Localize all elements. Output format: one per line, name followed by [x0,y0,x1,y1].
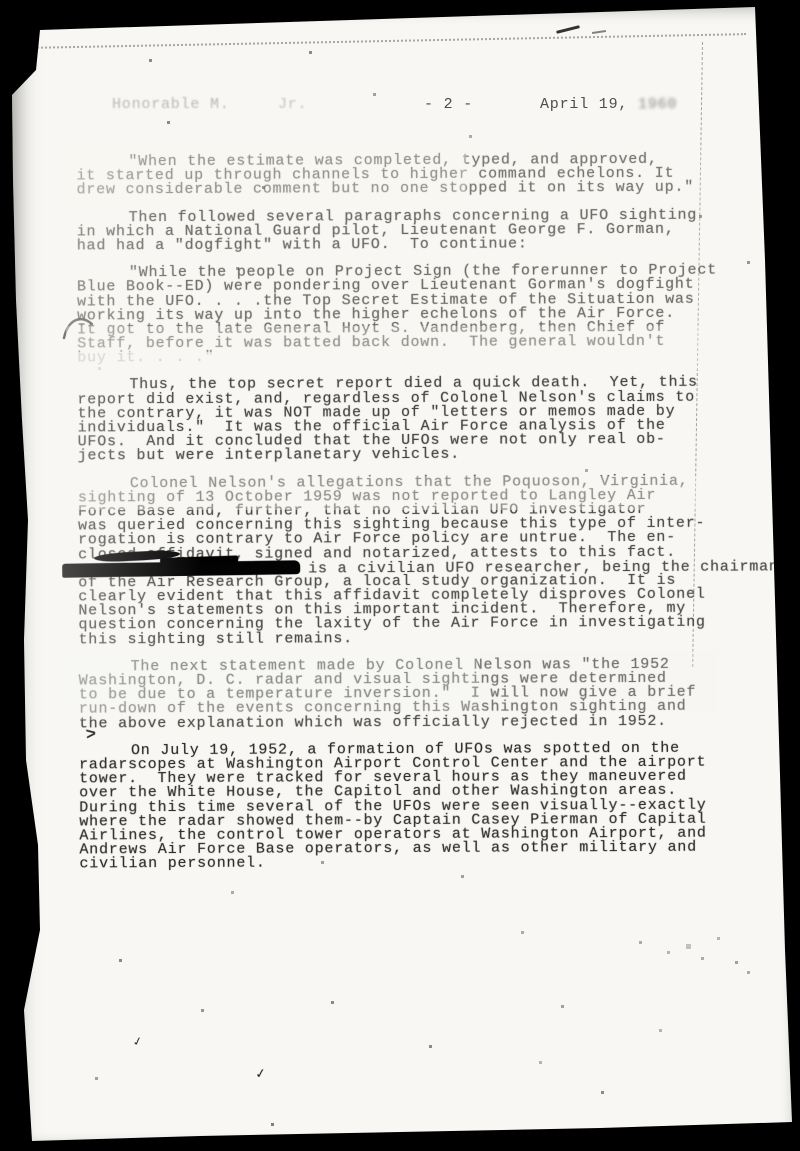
date-line: April 19, 1960 [540,96,677,113]
text-line: this sighting still remains. [78,630,730,647]
date-year-smudged: 1960 [638,96,677,113]
scan-dust-line [30,33,746,49]
paper-sheet: Honorable M. Jr. - 2 - April 19, 1960 "W… [0,0,800,1151]
text-line: drew considerable comment but no one sto… [77,181,729,198]
pen-hook-mark [62,312,96,342]
scanned-document-image: { "page": { "header": { "addressee_left"… [0,0,800,1151]
paragraph: Colonel Nelson's allegations that the Po… [78,474,731,647]
addressee-name: Honorable M. [112,96,230,113]
pen-check-mark-2: ✓ [255,1063,267,1083]
paragraph: Then followed several paragraphs concern… [77,208,729,253]
paragraph: "When the estimate was completed, typed,… [76,153,728,198]
text-body: "When the estimate was completed, typed,… [76,153,731,885]
text-line: buy it. . . ." [77,349,729,366]
speckle-noise [0,0,1,1]
pen-dash-mark [556,25,580,34]
pen-check-mark-1: ✓ [131,1033,144,1050]
addressee-suffix: Jr. [278,96,307,113]
text-line: the above explanation which was official… [79,714,731,731]
pen-dash-mark-2 [592,30,606,34]
text-line: had had a "dogfight" with a UFO. To cont… [77,237,729,254]
text-line: jects but were interplanetary vehicles. [78,447,730,464]
margin-arrow-mark: > [85,726,97,746]
paragraph: On July 19, 1952, a formation of UFOs wa… [79,741,732,872]
paragraph: The next statement made by Colonel Nelso… [79,657,731,731]
paragraph: "While the people on Project Sign (the f… [77,264,729,366]
text-line: civilian personnel. [79,855,731,872]
page-number: - 2 - [424,96,473,113]
paragraph: Thus, the top secret report died a quick… [77,376,729,464]
date-month-day: April 19, [540,96,628,113]
